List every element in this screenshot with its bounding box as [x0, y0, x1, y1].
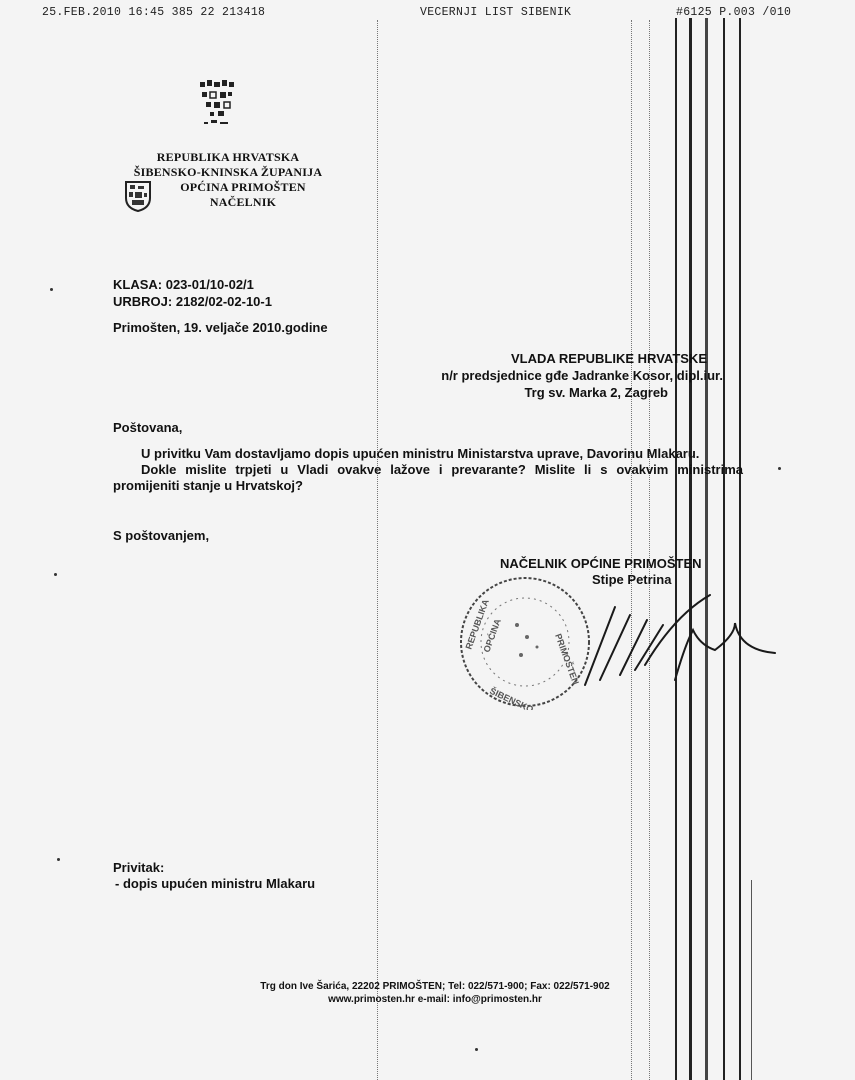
fax-sender: VECERNJI LIST SIBENIK	[420, 6, 571, 19]
body-paragraph: U privitku Vam dostavljamo dopis upućen …	[113, 446, 743, 462]
signer-name: Stipe Petrina	[592, 572, 671, 587]
svg-text:ŠIBENSKO: ŠIBENSKO	[488, 685, 535, 710]
letterhead-county: ŠIBENSKO-KNINSKA ŽUPANIJA	[108, 165, 348, 180]
signer-title: NAČELNIK OPĆINE PRIMOŠTEN	[500, 556, 702, 571]
recipient-attention: n/r predsjednice gđe Jadranke Kosor, dip…	[380, 367, 723, 384]
recipient-address: Trg sv. Marka 2, Zagreb	[380, 384, 723, 401]
official-stamp-icon: REPUBLIKA OPĆINA PRIMOŠTEN ŠIBENSKO	[455, 575, 595, 710]
recipient-block: VLADA REPUBLIKE HRVATSKE n/r predsjednic…	[380, 350, 723, 401]
reference-block: KLASA: 023-01/10-02/1 URBROJ: 2182/02-02…	[113, 276, 272, 310]
attachment-item: - dopis upućen ministru Mlakaru	[115, 876, 315, 891]
fax-timestamp: 25.FEB.2010 16:45 385 22 213418	[42, 6, 265, 19]
urbroj-number: URBROJ: 2182/02-02-10-1	[113, 293, 272, 310]
footer-address: Trg don Ive Šarića, 22202 PRIMOŠTEN; Tel…	[230, 980, 640, 993]
svg-text:OPĆINA: OPĆINA	[481, 617, 503, 654]
letter-date: Primošten, 19. veljače 2010.godine	[113, 320, 328, 335]
letter-body: U privitku Vam dostavljamo dopis upućen …	[113, 446, 743, 494]
closing: S poštovanjem,	[113, 528, 209, 543]
fax-page-info: #6125 P.003 /010	[676, 6, 791, 19]
attachment-label: Privitak:	[113, 860, 164, 875]
footer-web-contact: www.primosten.hr e-mail: info@primosten.…	[230, 993, 640, 1006]
municipal-shield-icon	[124, 180, 152, 212]
letter-footer: Trg don Ive Šarića, 22202 PRIMOŠTEN; Tel…	[230, 980, 640, 1006]
body-paragraph: Dokle mislite trpjeti u Vladi ovakve laž…	[113, 462, 743, 494]
salutation: Poštovana,	[113, 420, 182, 435]
letterhead-country: REPUBLIKA HRVATSKA	[108, 150, 348, 165]
recipient-name: VLADA REPUBLIKE HRVATSKE	[380, 350, 723, 367]
klasa-number: KLASA: 023-01/10-02/1	[113, 276, 272, 293]
signature-icon	[575, 585, 785, 695]
coat-of-arms-icon	[196, 80, 238, 130]
